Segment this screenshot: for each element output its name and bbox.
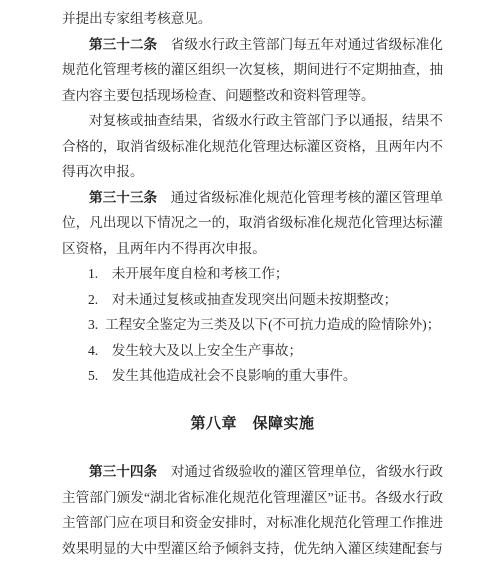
paragraph-last-line: 查内容主要包括现场检查、问题整改和资料管理等。	[62, 83, 443, 109]
paragraph-first-line: 第三十三条 通过省级标准化规范化管理考核的灌区管理单	[62, 185, 443, 211]
article-number: 第三十二条	[89, 37, 157, 52]
list-item: 4. 发生较大及以上安全生产事故；	[62, 338, 443, 364]
document-body: 并提出专家组考核意见。第三十二条 省级水行政主管部门每五年对通过省级标准化规范化…	[62, 6, 443, 561]
paragraph-line: 效果明显的大中型灌区给予倾斜支持，优先纳入灌区续建配套与	[62, 536, 443, 562]
paragraph-last-line: 区资格，且两年内不得再次申报。	[62, 236, 443, 262]
paragraph-first-line: 第三十四条 对通过省级验收的灌区管理单位，省级水行政	[62, 459, 443, 485]
paragraph-first-line: 第三十二条 省级水行政主管部门每五年对通过省级标准化	[62, 32, 443, 58]
paragraph-line: 位，凡出现以下情况之一的，取消省级标准化规范化管理达标灌	[62, 210, 443, 236]
list-item: 1. 未开展年度自检和考核工作；	[62, 261, 443, 287]
paragraph-last-line: 并提出专家组考核意见。	[62, 6, 443, 32]
paragraph-line: 规范化管理考核的灌区组织一次复核，期间进行不定期抽查，抽	[62, 57, 443, 83]
article-number: 第三十三条	[89, 190, 157, 205]
paragraph-line: 主管部门应在项目和资金安排时，对标准化规范化管理工作推进	[62, 510, 443, 536]
article-number: 第三十四条	[89, 464, 157, 479]
paragraph-line: 合格的，取消省级标准化规范化管理达标灌区资格，且两年内不	[62, 134, 443, 160]
document-page: 并提出专家组考核意见。第三十二条 省级水行政主管部门每五年对通过省级标准化规范化…	[0, 0, 499, 581]
list-item: 2. 对未通过复核或抽查发现突出问题未按期整改；	[62, 287, 443, 313]
list-item: 5. 发生其他造成社会不良影响的重大事件。	[62, 363, 443, 389]
list-item: 3. 工程安全鉴定为三类及以下(不可抗力造成的险情除外)；	[62, 312, 443, 338]
paragraph-last-line: 得再次申报。	[62, 159, 443, 185]
paragraph-line: 主管部门颁发“湖北省标准化规范化管理灌区”证书。各级水行政	[62, 485, 443, 511]
paragraph-first-line: 对复核或抽查结果，省级水行政主管部门予以通报，结果不	[62, 108, 443, 134]
chapter-heading: 第八章 保障实施	[62, 411, 443, 437]
